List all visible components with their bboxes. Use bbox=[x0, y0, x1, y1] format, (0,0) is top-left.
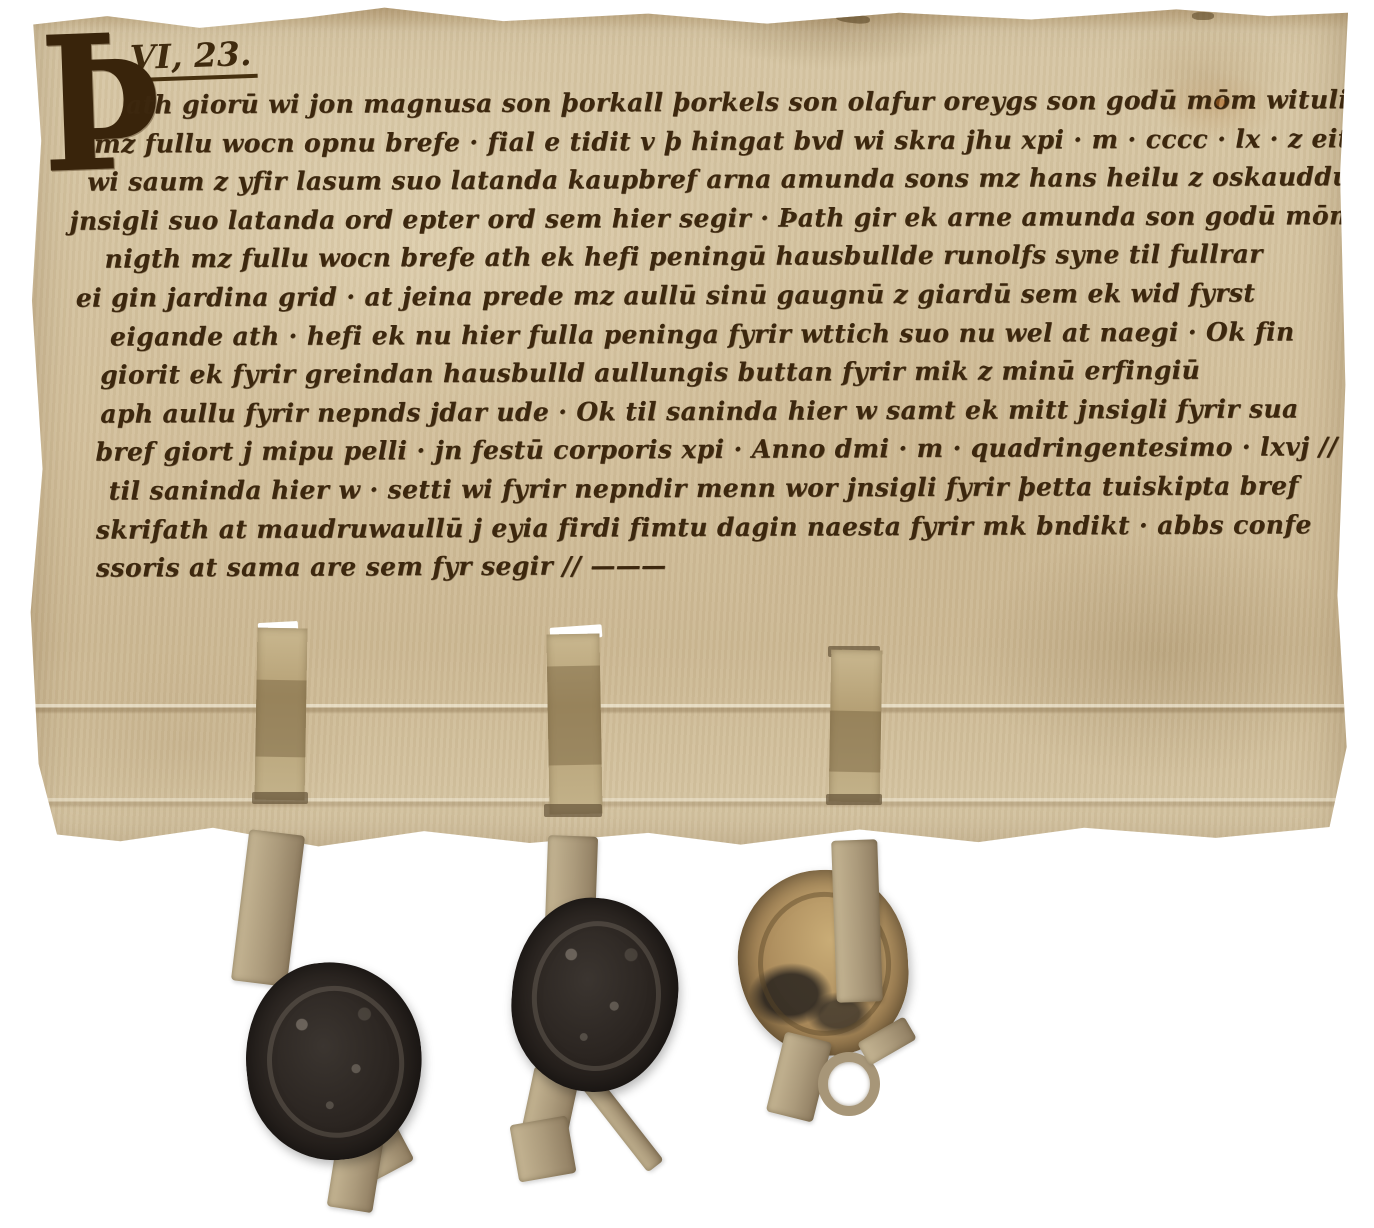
tag-slit bbox=[252, 792, 308, 804]
text-line: jnsigli suo latanda ord epter ord sem hi… bbox=[69, 201, 1303, 245]
tag-smudge bbox=[829, 710, 881, 772]
text-line: skrifath at maudruwaullū j eyia firdi fi… bbox=[96, 510, 1305, 554]
parchment-charter: VI, 23. Þ ath giorū wi jon magnusa son þ… bbox=[28, 6, 1348, 848]
seal-tag-3-strap bbox=[831, 839, 883, 1003]
plica-fold-line bbox=[28, 798, 1348, 808]
seal-tag-2-strap-end bbox=[509, 1115, 576, 1182]
seal-tag-1 bbox=[255, 628, 308, 801]
text-line: giorit ek fyrir greindan hausbulld aullu… bbox=[100, 356, 1305, 400]
tag-smudge bbox=[547, 666, 602, 766]
text-line: bref giort j mipu pelli · jn festū corpo… bbox=[95, 433, 1304, 477]
seal-tag-2 bbox=[546, 634, 602, 815]
text-line: ei gin jardina grid · at jeina prede mz … bbox=[76, 278, 1304, 322]
charter-photograph: VI, 23. Þ ath giorū wi jon magnusa son þ… bbox=[0, 0, 1374, 1228]
text-line: til saninda hier w · setti wi fyrir nepn… bbox=[109, 471, 1306, 515]
stain-spot bbox=[1216, 98, 1225, 107]
seal-tag-1-strap bbox=[231, 829, 305, 987]
seal-tag-3 bbox=[829, 650, 883, 803]
text-line: mz fullu wocn opnu brefe · fial e tidit … bbox=[94, 124, 1303, 168]
tag-slit bbox=[544, 804, 602, 817]
text-line: eigande ath · hefi ek nu hier fulla peni… bbox=[110, 317, 1305, 361]
wax-seal-1 bbox=[236, 953, 432, 1168]
tag-smudge bbox=[255, 679, 306, 757]
text-line: wi saum z yfir lasum suo latanda kaupbre… bbox=[87, 163, 1303, 207]
wax-seal-2 bbox=[505, 892, 684, 1097]
plica-fold-line bbox=[28, 704, 1348, 714]
text-line: ssoris at sama are sem fyr segir // ——— bbox=[96, 548, 1305, 592]
ink-speck bbox=[1192, 12, 1214, 20]
text-line: ath giorū wi jon magnusa son þorkall þor… bbox=[126, 85, 1304, 129]
tag-slit bbox=[826, 794, 882, 805]
text-line: nigth mz fullu wocn brefe ath ek hefi pe… bbox=[105, 240, 1305, 284]
ink-speck bbox=[836, 12, 871, 25]
charter-text-block: ath giorū wi jon magnusa son þorkall þor… bbox=[63, 85, 1330, 592]
text-line: aph aullu fyrir nepnds jdar ude · Ok til… bbox=[100, 394, 1305, 438]
